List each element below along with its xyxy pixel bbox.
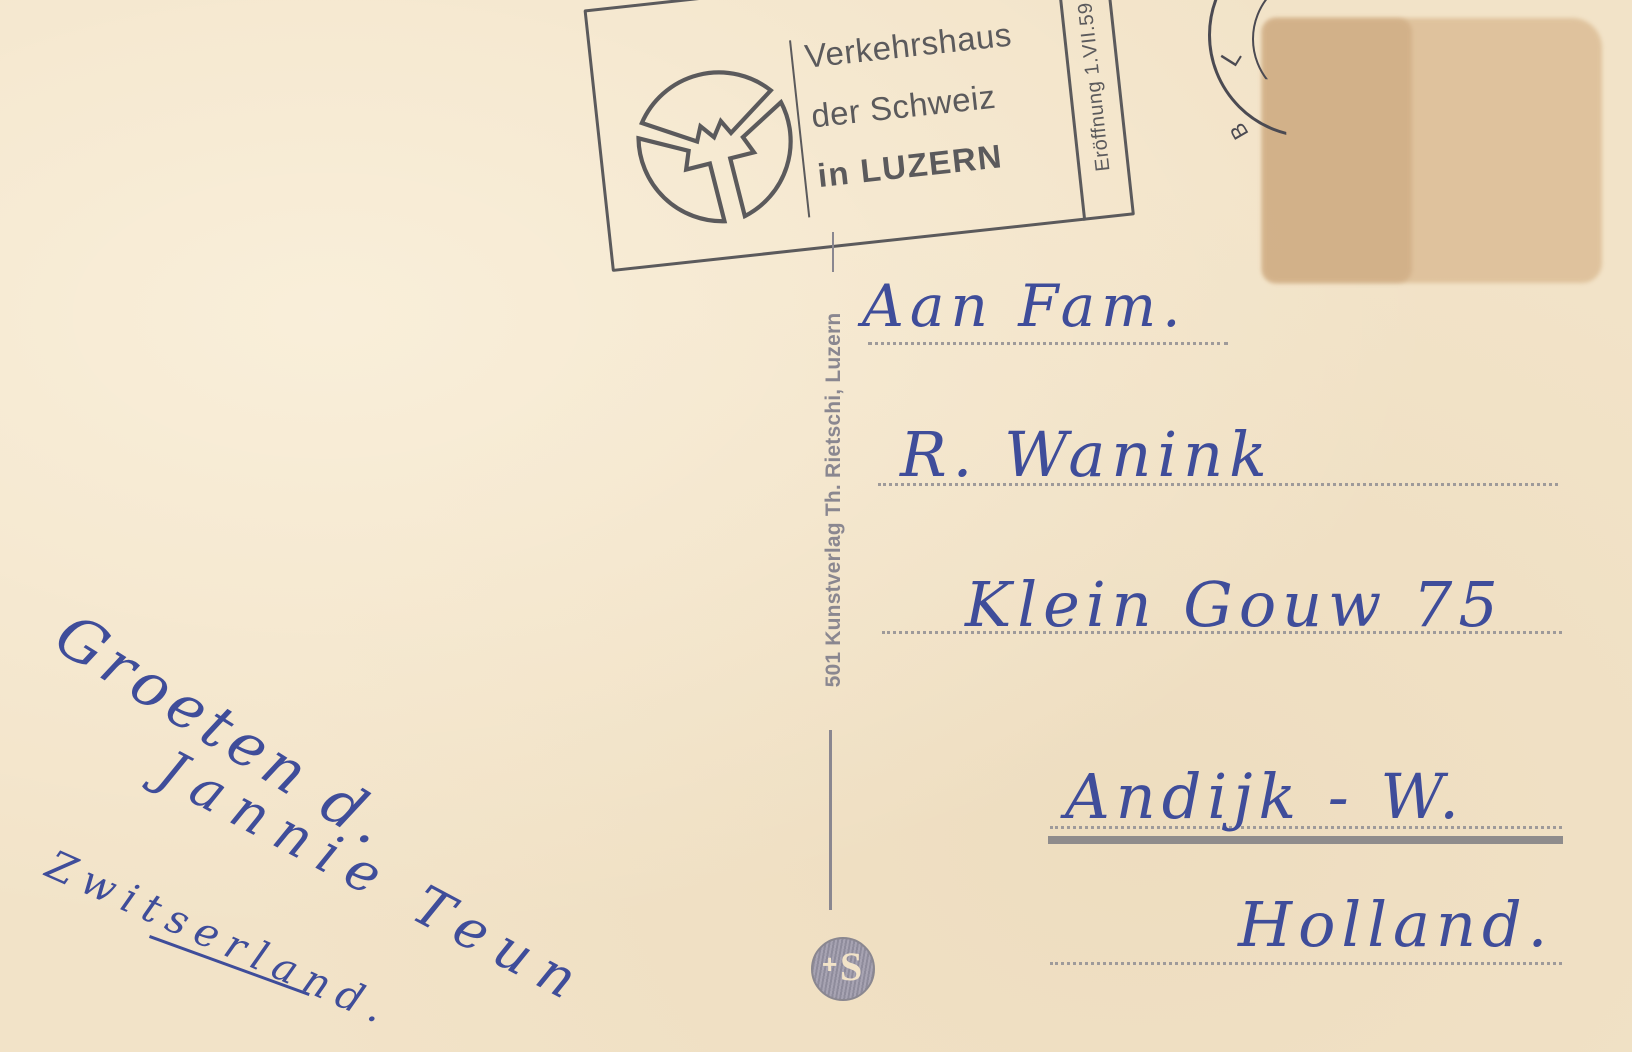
address-salutation: Aan Fam.: [862, 272, 1187, 340]
opening-date-panel: Eröffnung 1.VII.59: [1055, 0, 1132, 221]
address-line-5: [1050, 962, 1562, 965]
publisher-imprint: 501 Kunstverlag Th. Rietschi, Luzern: [822, 313, 846, 688]
publisher-rule-top: [832, 232, 834, 272]
address-name: R. Wanink: [900, 418, 1273, 491]
address-street: Klein Gouw 75: [965, 568, 1504, 641]
postmark-letter: B: [1224, 118, 1254, 144]
address-underline-bar: [1048, 836, 1563, 844]
message-signature: Jannie Teun: [148, 738, 599, 1018]
opening-date-text: Eröffnung 1.VII.59: [1074, 1, 1115, 172]
center-divider-line: [829, 730, 832, 910]
address-country: Holland.: [1238, 888, 1553, 961]
publisher-logo-icon: + S: [811, 937, 875, 1001]
s-glyph: S: [840, 947, 862, 987]
slogan-cancellation: Verkehrshaus der Schweiz in LUZERN Eröff…: [583, 0, 1134, 272]
address-line-1: [868, 342, 1228, 345]
transport-museum-wheel-logo-icon: [618, 44, 811, 237]
swiss-cross-glyph: +: [822, 951, 837, 977]
address-town: Andijk - W.: [1065, 760, 1465, 833]
slogan-text: Verkehrshaus der Schweiz in LUZERN: [802, 5, 1028, 206]
